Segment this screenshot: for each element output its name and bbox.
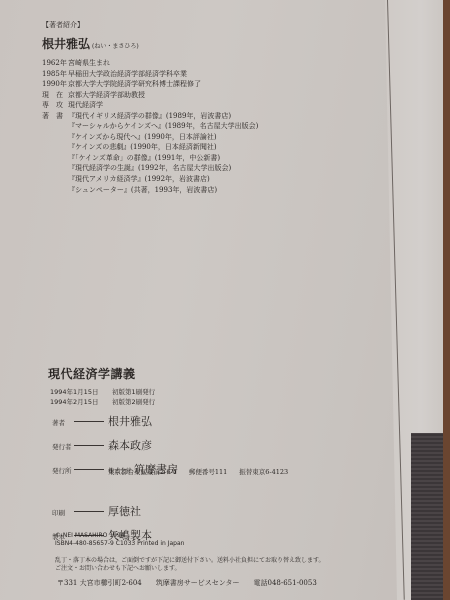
credits: 著者根井雅弘 発行者森本政彦 発行所株式会社筑摩書房 印刷厚徳社 製本矢嶋製本 (52, 413, 178, 551)
edition-row: 1994年1月15日初版第1刷発行 (50, 387, 155, 397)
dash-divider (74, 511, 104, 512)
author-bio: 1962年宮崎県生まれ 1985年早稲田大学政治経済学部経済学科卒業 1990年… (42, 58, 231, 121)
work-item: 『ケインズの悲劇』(1990年，日本経済新聞社) (68, 142, 258, 153)
work-item: 『ケインズから現代へ』(1990年，日本評論社) (68, 132, 258, 143)
bio-row: 著 書『現代イギリス経済学の群像』(1989年，岩波書店) (42, 111, 231, 122)
author-name-text: 根井雅弘 (42, 37, 90, 51)
credit-role: 発行者 (52, 442, 72, 451)
edition-label: 初版第2刷発行 (112, 397, 155, 407)
bio-value: 現代経済学 (68, 100, 103, 111)
edition-date: 1994年2月15日 (50, 397, 112, 407)
bio-key: 専 攻 (42, 100, 68, 111)
edition-history: 1994年1月15日初版第1刷発行 1994年2月15日初版第2刷発行 (50, 387, 155, 407)
bio-key: 1990年 (42, 79, 68, 90)
isbn: ISBN4-480-85657-9 C1033 Printed in Japan (55, 540, 184, 548)
dash-divider (74, 469, 104, 470)
spacer (52, 485, 178, 503)
credit-value: 厚徳社 (108, 503, 141, 519)
cover-band (411, 433, 445, 600)
work-item: 『現代アメリカ経済学』(1992年，岩波書店) (68, 174, 258, 185)
bio-value: 京都大学大学院経済学研究科博士課程修了 (68, 79, 201, 90)
transfer-account: 振替東京6-4123 (239, 468, 288, 476)
bio-key: 1985年 (42, 69, 68, 80)
copyright-block: © NEI MASAHIRO 1994 ISBN4-480-85657-9 C1… (55, 532, 184, 548)
dash-divider (74, 445, 104, 446)
service-name: 筑摩書房サービスセンター (156, 579, 240, 587)
notice-block: 乱丁・落丁本の場合は，ご面倒ですが下記に御送付下さい。送料小社負担にてお取り替え… (55, 557, 325, 573)
service-address: 〒331 大宮市櫛引町2-604 (57, 579, 142, 587)
credit-issuer: 発行者森本政彦 (52, 437, 178, 461)
credit-author: 著者根井雅弘 (52, 413, 178, 437)
edition-row: 1994年2月15日初版第2刷発行 (50, 397, 155, 407)
book-title: 現代経済学講義 (48, 365, 136, 382)
credit-value: 根井雅弘 (108, 413, 152, 429)
publisher-address: 東京都台東区蔵前2-6-4郵便番号111振替東京6-4123 (108, 467, 300, 476)
bio-key: 現 在 (42, 90, 68, 101)
work-item: 『「ケインズ革命」の群像』(1991年，中公新書) (68, 153, 258, 164)
bio-row: 1990年京都大学大学院経済学研究科博士課程修了 (42, 79, 231, 90)
credit-role: 著者 (52, 418, 72, 427)
notice-line: ご注文・お問い合わせも下記へお願いします。 (55, 565, 325, 573)
dash-divider (74, 421, 104, 422)
credit-printer: 印刷厚徳社 (52, 503, 178, 527)
address-text: 東京都台東区蔵前2-6-4 (108, 468, 177, 476)
bio-value: 『現代イギリス経済学の群像』(1989年，岩波書店) (68, 111, 231, 122)
bio-value: 宮崎県生まれ (68, 58, 110, 69)
service-center: 〒331 大宮市櫛引町2-604筑摩書房サービスセンター電話048-651-00… (57, 578, 331, 588)
work-item: 『マーシャルからケインズへ』(1989年，名古屋大学出版会) (68, 121, 258, 132)
bio-key: 著 書 (42, 111, 68, 122)
bio-row: 専 攻現代経済学 (42, 100, 231, 111)
bio-row: 現 在京都大学経済学部助教授 (42, 90, 231, 101)
credit-value: 森本政彦 (108, 437, 152, 453)
author-intro-tag: 【著者紹介】 (42, 20, 84, 30)
notice-line: 乱丁・落丁本の場合は，ご面倒ですが下記に御送付下さい。送料小社負担にてお取り替え… (55, 557, 325, 565)
postal-code: 郵便番号111 (189, 468, 227, 476)
bio-key: 1962年 (42, 58, 68, 69)
credit-role: 発行所 (52, 466, 72, 475)
work-item: 『現代経済学の生誕』(1992年，名古屋大学出版会) (68, 163, 258, 174)
copyright: © NEI MASAHIRO 1994 (55, 532, 184, 540)
bio-row: 1962年宮崎県生まれ (42, 58, 231, 69)
author-name: 根井雅弘(ねい・まさひろ) (42, 35, 139, 52)
works-list: 『マーシャルからケインズへ』(1989年，名古屋大学出版会) 『ケインズから現代… (68, 121, 258, 195)
author-reading: (ねい・まさひろ) (92, 43, 139, 50)
edition-date: 1994年1月15日 (50, 387, 112, 397)
table-edge (443, 0, 450, 600)
edition-label: 初版第1刷発行 (112, 387, 155, 397)
service-phone: 電話048-651-0053 (254, 579, 317, 587)
work-item: 『シュンペーター』(共著，1993年，岩波書店) (68, 185, 258, 196)
bio-value: 早稲田大学政治経済学部経済学科卒業 (68, 69, 187, 80)
bio-row: 1985年早稲田大学政治経済学部経済学科卒業 (42, 69, 231, 80)
bio-value: 京都大学経済学部助教授 (68, 90, 145, 101)
credit-role: 印刷 (52, 508, 72, 517)
